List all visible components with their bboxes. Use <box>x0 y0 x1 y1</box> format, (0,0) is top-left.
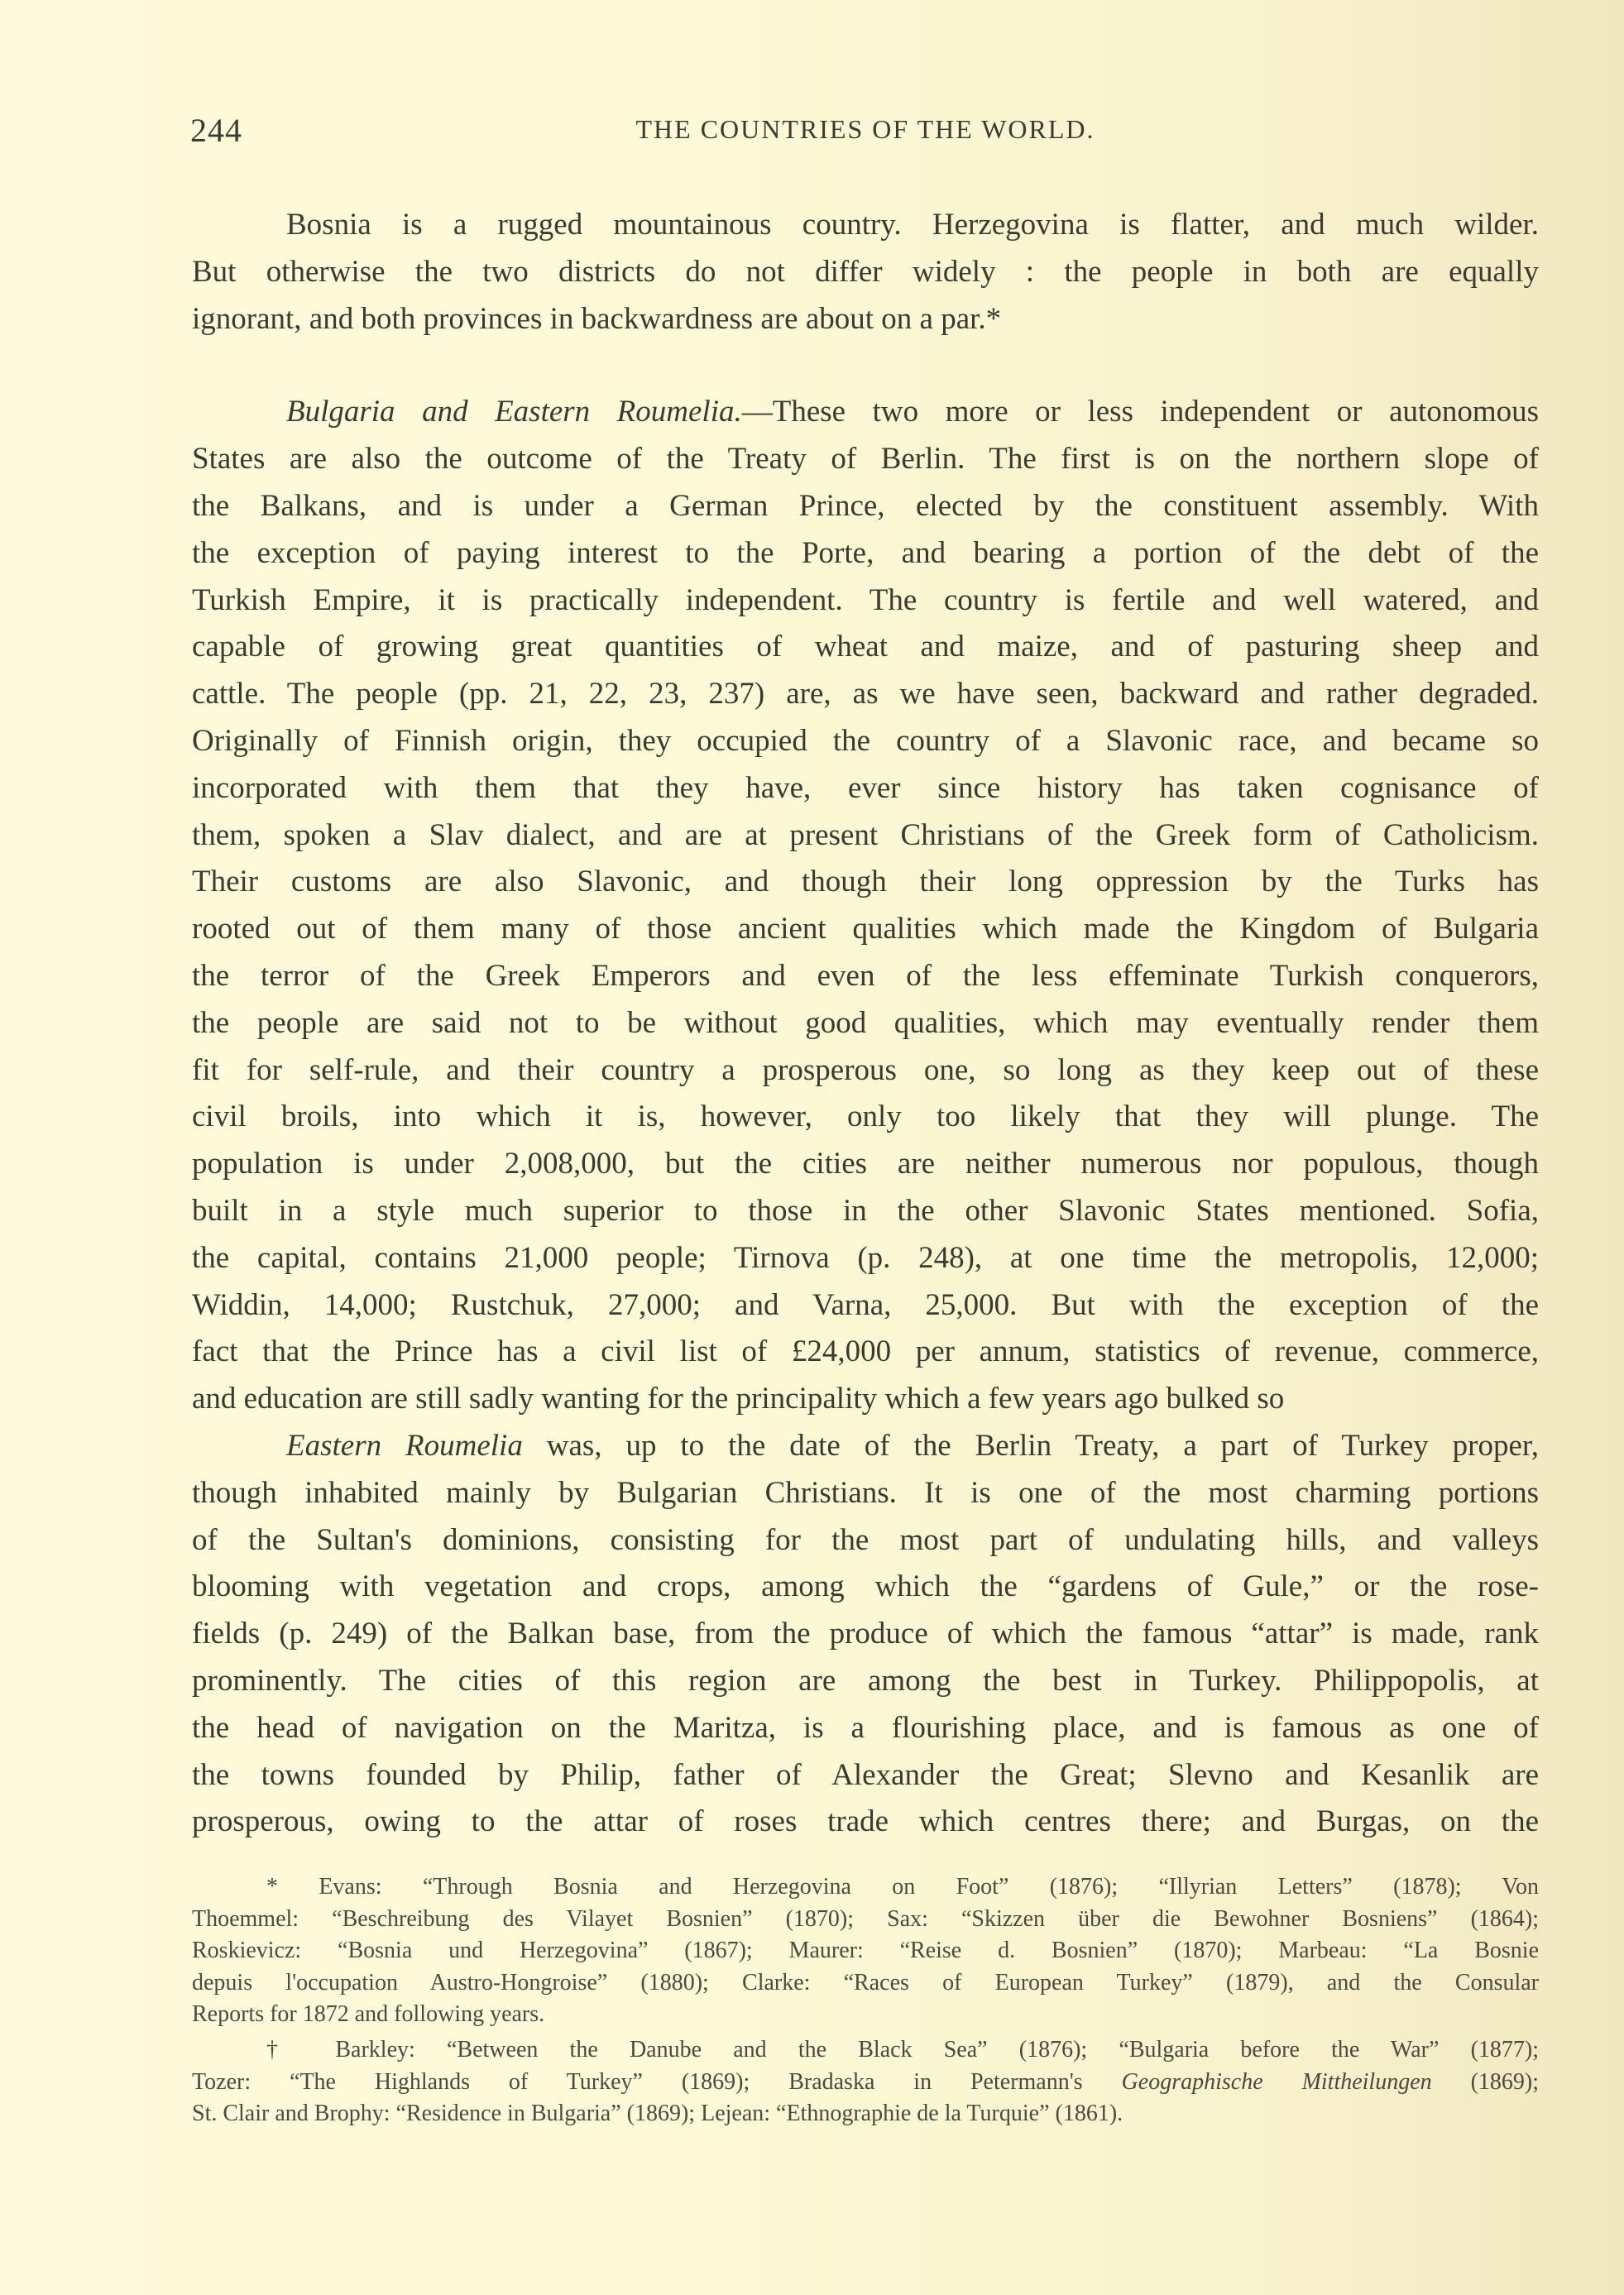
text-line: Originally of Finnish origin, they occup… <box>192 718 1539 765</box>
text-run: (1869); <box>1432 2069 1539 2095</box>
text-line: fact that the Prince has a civil list of… <box>192 1329 1539 1376</box>
text-line: But otherwise the two districts do not d… <box>192 249 1539 296</box>
footnotes: * Evans: “Through Bosnia and Herzegovina… <box>192 1871 1539 2130</box>
text-line: incorporated with them that they have, e… <box>192 765 1539 812</box>
text-line: Eastern Roumelia was, up to the date of … <box>192 1423 1539 1470</box>
text-line: them, spoken a Slav dialect, and are at … <box>192 812 1539 860</box>
paragraph-eastern-roumelia: Eastern Roumelia was, up to the date of … <box>192 1423 1539 1846</box>
section-heading-eastern-roumelia: Eastern Roumelia <box>286 1429 523 1463</box>
footnote-line: * Evans: “Through Bosnia and Herzegovina… <box>192 1871 1539 1904</box>
text-line: rooted out of them many of those ancient… <box>192 906 1539 953</box>
running-title: THE COUNTRIES OF THE WORLD. <box>192 114 1539 145</box>
text-line: though inhabited mainly by Bulgarian Chr… <box>192 1470 1539 1517</box>
paragraph-gap <box>192 343 1539 389</box>
text-line: cattle. The people (pp. 21, 22, 23, 237)… <box>192 671 1539 718</box>
text-line: States are also the outcome of the Treat… <box>192 436 1539 483</box>
text-run: Tozer: “The Highlands of Turkey” (1869);… <box>192 2069 1122 2095</box>
text-run: —These two more or less independent or a… <box>742 395 1539 429</box>
text-line: civil broils, into which it is, however,… <box>192 1094 1539 1141</box>
footnote-line: Thoemmel: “Beschreibung des Vilayet Bosn… <box>192 1904 1539 1936</box>
footnote-line: St. Clair and Brophy: “Residence in Bulg… <box>192 2098 1539 2130</box>
text-line: the towns founded by Philip, father of A… <box>192 1752 1539 1799</box>
text-line: ignorant, and both provinces in backward… <box>192 296 1539 343</box>
text-line: blooming with vegetation and crops, amon… <box>192 1564 1539 1611</box>
text-line: the Balkans, and is under a German Princ… <box>192 483 1539 530</box>
text-line: the head of navigation on the Maritza, i… <box>192 1705 1539 1752</box>
text-run: was, up to the date of the Berlin Treaty… <box>523 1429 1539 1463</box>
paragraph-bulgaria: Bulgaria and Eastern Roumelia.—These two… <box>192 389 1539 1423</box>
footnote-line: Roskievicz: “Bosnia und Herzegovina” (18… <box>192 1935 1539 1967</box>
text-line: the capital, contains 21,000 people; Tir… <box>192 1235 1539 1282</box>
footnote-asterisk: * Evans: “Through Bosnia and Herzegovina… <box>192 1871 1539 2031</box>
footnote-dagger: † Barkley: “Between the Danube and the B… <box>192 2034 1539 2130</box>
text-line: prosperous, owing to the attar of roses … <box>192 1799 1539 1846</box>
text-line: of the Sultan's dominions, consisting fo… <box>192 1517 1539 1564</box>
text-line: the people are said not to be without go… <box>192 1000 1539 1047</box>
paragraph-bosnia: Bosnia is a rugged mountainous country. … <box>192 202 1539 343</box>
journal-title: Geographische Mittheilungen <box>1122 2069 1432 2095</box>
section-heading-bulgaria: Bulgaria and Eastern Roumelia. <box>286 395 742 429</box>
text-line: Bosnia is a rugged mountainous country. … <box>192 202 1539 249</box>
text-line: Bulgaria and Eastern Roumelia.—These two… <box>192 389 1539 436</box>
text-line: capable of growing great quantities of w… <box>192 624 1539 671</box>
text-line: the terror of the Greek Emperors and eve… <box>192 953 1539 1000</box>
body-text: Bosnia is a rugged mountainous country. … <box>192 202 1539 1846</box>
text-line: built in a style much superior to those … <box>192 1188 1539 1235</box>
text-line: population is under 2,008,000, but the c… <box>192 1141 1539 1188</box>
text-line: Widdin, 14,000; Rustchuk, 27,000; and Va… <box>192 1282 1539 1330</box>
text-line: Their customs are also Slavonic, and tho… <box>192 859 1539 906</box>
footnote-line: Reports for 1872 and following years. <box>192 1999 1539 2031</box>
text-line: and education are still sadly wanting fo… <box>192 1376 1539 1423</box>
text-line: prominently. The cities of this region a… <box>192 1658 1539 1705</box>
footnote-line: Tozer: “The Highlands of Turkey” (1869);… <box>192 2067 1539 2099</box>
footnote-line: † Barkley: “Between the Danube and the B… <box>192 2034 1539 2067</box>
text-line: fit for self-rule, and their country a p… <box>192 1047 1539 1095</box>
footnote-line: depuis l'occupation Austro-Hongroise” (1… <box>192 1967 1539 2000</box>
text-line: the exception of paying interest to the … <box>192 530 1539 577</box>
running-head: 244 THE COUNTRIES OF THE WORLD. <box>192 109 1539 151</box>
text-line: fields (p. 249) of the Balkan base, from… <box>192 1611 1539 1658</box>
text-line: Turkish Empire, it is practically indepe… <box>192 577 1539 625</box>
